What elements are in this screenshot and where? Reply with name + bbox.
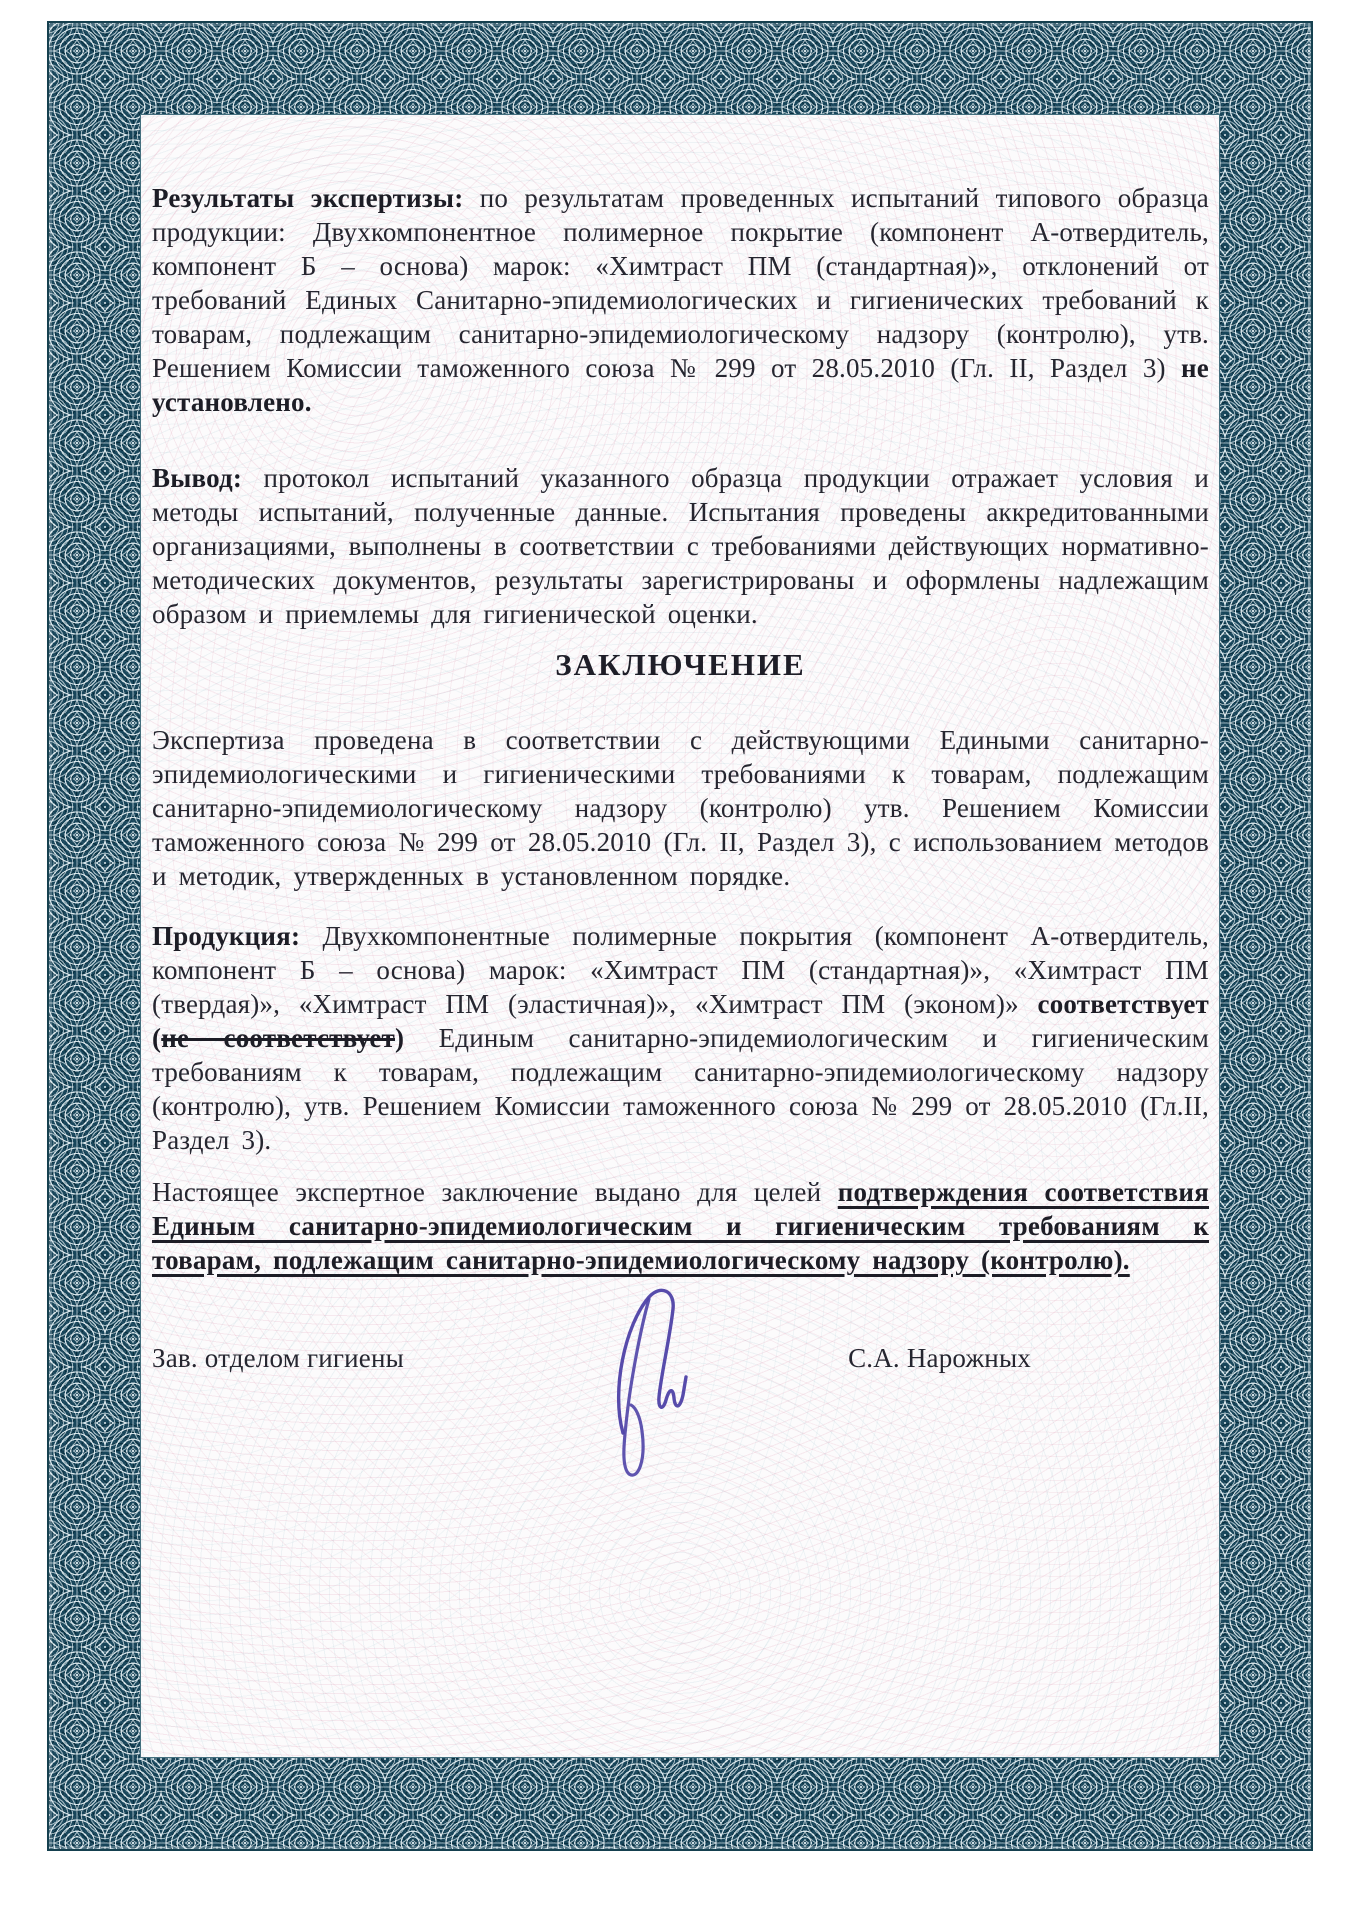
paragraph-conclusion-note: Вывод: протокол испытаний указанного обр…: [152, 461, 1209, 631]
text-run: Настоящее экспертное заключение выдано д…: [152, 1177, 838, 1207]
text-run: не соответствует: [161, 1023, 395, 1053]
signature-block: Зав. отделом гигиены С.А. Нарожных: [152, 1343, 1209, 1374]
text-run: ): [395, 1023, 404, 1053]
guilloche-border: Результаты экспертизы: по результатам пр…: [47, 21, 1313, 1851]
text-run: протокол испытаний указанного образца пр…: [152, 463, 1209, 629]
paragraph-expertise-basis: Экспертиза проведена в соответствии с де…: [152, 723, 1209, 893]
paragraph-purpose: Настоящее экспертное заключение выдано д…: [152, 1175, 1209, 1277]
section-heading: ЗАКЛЮЧЕНИЕ: [152, 647, 1209, 683]
signer-title: Зав. отделом гигиены: [152, 1343, 404, 1374]
text-run: Продукция:: [152, 921, 300, 951]
scanned-certificate-page: Результаты экспертизы: по результатам пр…: [0, 0, 1358, 1920]
signer-name: С.А. Нарожных: [848, 1343, 1031, 1374]
handwritten-signature-icon: [585, 1283, 715, 1483]
document-content: Результаты экспертизы: по результатам пр…: [152, 181, 1209, 1374]
paragraph-production: Продукция: Двухкомпонентные полимерные п…: [152, 919, 1209, 1157]
text-run: Вывод:: [152, 463, 242, 493]
text-run: Экспертиза проведена в соответствии с де…: [152, 725, 1209, 891]
text-run: по результатам проведенных испытаний тип…: [152, 183, 1209, 383]
security-paper-background: Результаты экспертизы: по результатам пр…: [141, 115, 1219, 1757]
paragraph-expertise-results: Результаты экспертизы: по результатам пр…: [152, 181, 1209, 419]
text-run: Результаты экспертизы:: [152, 183, 463, 213]
